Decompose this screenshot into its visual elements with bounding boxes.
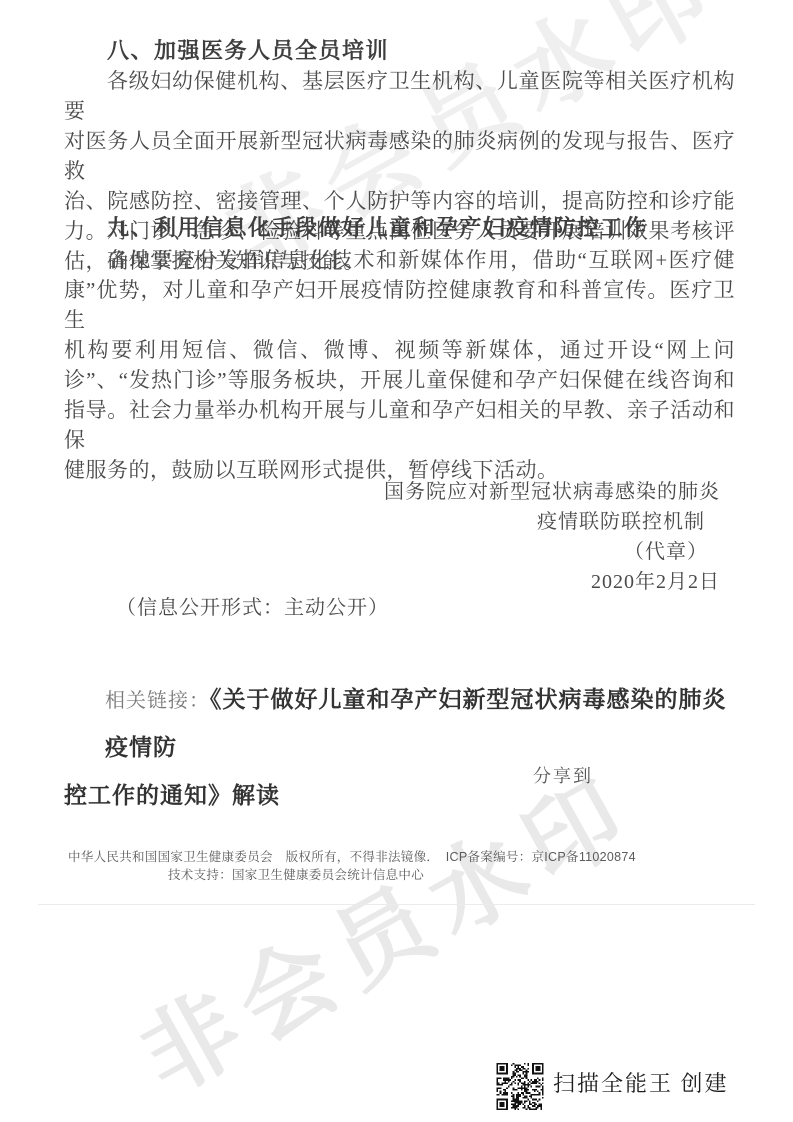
section-9-heading: 九、利用信息化手段做好儿童和孕产妇疫情防控工作 xyxy=(64,213,735,243)
signature-seal-note: （代章） xyxy=(384,537,720,567)
related-link-continued[interactable]: 控工作的通知》解读 xyxy=(64,782,280,808)
paragraph-line: 对医务人员全面开展新型冠状病毒感染的肺炎病例的发现与报告、医疗救 xyxy=(64,126,735,186)
signature-date: 2020年2月2日 xyxy=(384,567,720,597)
disclosure-note: （信息公开形式：主动公开） xyxy=(116,594,389,622)
signature-org-line-2: 疫情联防联控机制 xyxy=(384,507,720,537)
footer-support: 技术支持：国家卫生健康委员会统计信息中心 xyxy=(168,865,424,883)
document-page: 非会员水印 非会员水印 八、加强医务人员全员培训 各级妇幼保健机构、基层医疗卫生… xyxy=(0,0,793,1122)
signature-org-line-1: 国务院应对新型冠状病毒感染的肺炎 xyxy=(384,477,720,507)
paragraph-line: 机构要利用短信、微信、微博、视频等新媒体，通过开设“网上问 xyxy=(64,335,735,365)
paragraph-line: 各地要充分发挥信息化技术和新媒体作用，借助“互联网+医疗健 xyxy=(64,245,735,275)
footer-divider xyxy=(38,904,755,905)
paragraph-line: 诊”、“发热门诊”等服务板块，开展儿童保健和孕产妇保健在线咨询和 xyxy=(64,365,735,395)
paragraph-line: 治、院感防控、密接管理、个人防护等内容的培训，提高防控和诊疗能 xyxy=(64,186,735,216)
section-8-heading: 八、加强医务人员全员培训 xyxy=(64,36,735,66)
document-content: 八、加强医务人员全员培训 各级妇幼保健机构、基层医疗卫生机构、儿童医院等相关医疗… xyxy=(0,0,793,1122)
signature-block: 国务院应对新型冠状病毒感染的肺炎 疫情联防联控机制 （代章） 2020年2月2日 xyxy=(384,477,720,597)
share-to-label[interactable]: 分享到 xyxy=(533,762,593,788)
qr-code xyxy=(495,1063,545,1110)
related-links-row-2: 控工作的通知》解读 xyxy=(64,773,735,821)
footer-copyright: 中华人民共和国国家卫生健康委员会 版权所有，不得非法镜像． ICP备案编号：京I… xyxy=(68,847,636,865)
paragraph-line: 指导。社会力量举办机构开展与儿童和孕产妇相关的早教、亲子活动和保 xyxy=(64,395,735,455)
scanner-label: 扫描全能王 创建 xyxy=(553,1069,729,1099)
paragraph-line: 各级妇幼保健机构、基层医疗卫生机构、儿童医院等相关医疗机构要 xyxy=(64,66,735,126)
related-links-section: 相关链接：《关于做好儿童和孕产妇新型冠状病毒感染的肺炎疫情防 控工作的通知》解读 xyxy=(64,677,735,821)
paragraph-line: 康”优势，对儿童和孕产妇开展疫情防控健康教育和科普宣传。医疗卫生 xyxy=(64,275,735,335)
related-links-label: 相关链接： xyxy=(105,690,210,712)
section-9-paragraph: 各地要充分发挥信息化技术和新媒体作用，借助“互联网+医疗健康”优势，对儿童和孕产… xyxy=(64,245,735,485)
related-links-row: 相关链接：《关于做好儿童和孕产妇新型冠状病毒感染的肺炎疫情防 xyxy=(64,677,735,773)
